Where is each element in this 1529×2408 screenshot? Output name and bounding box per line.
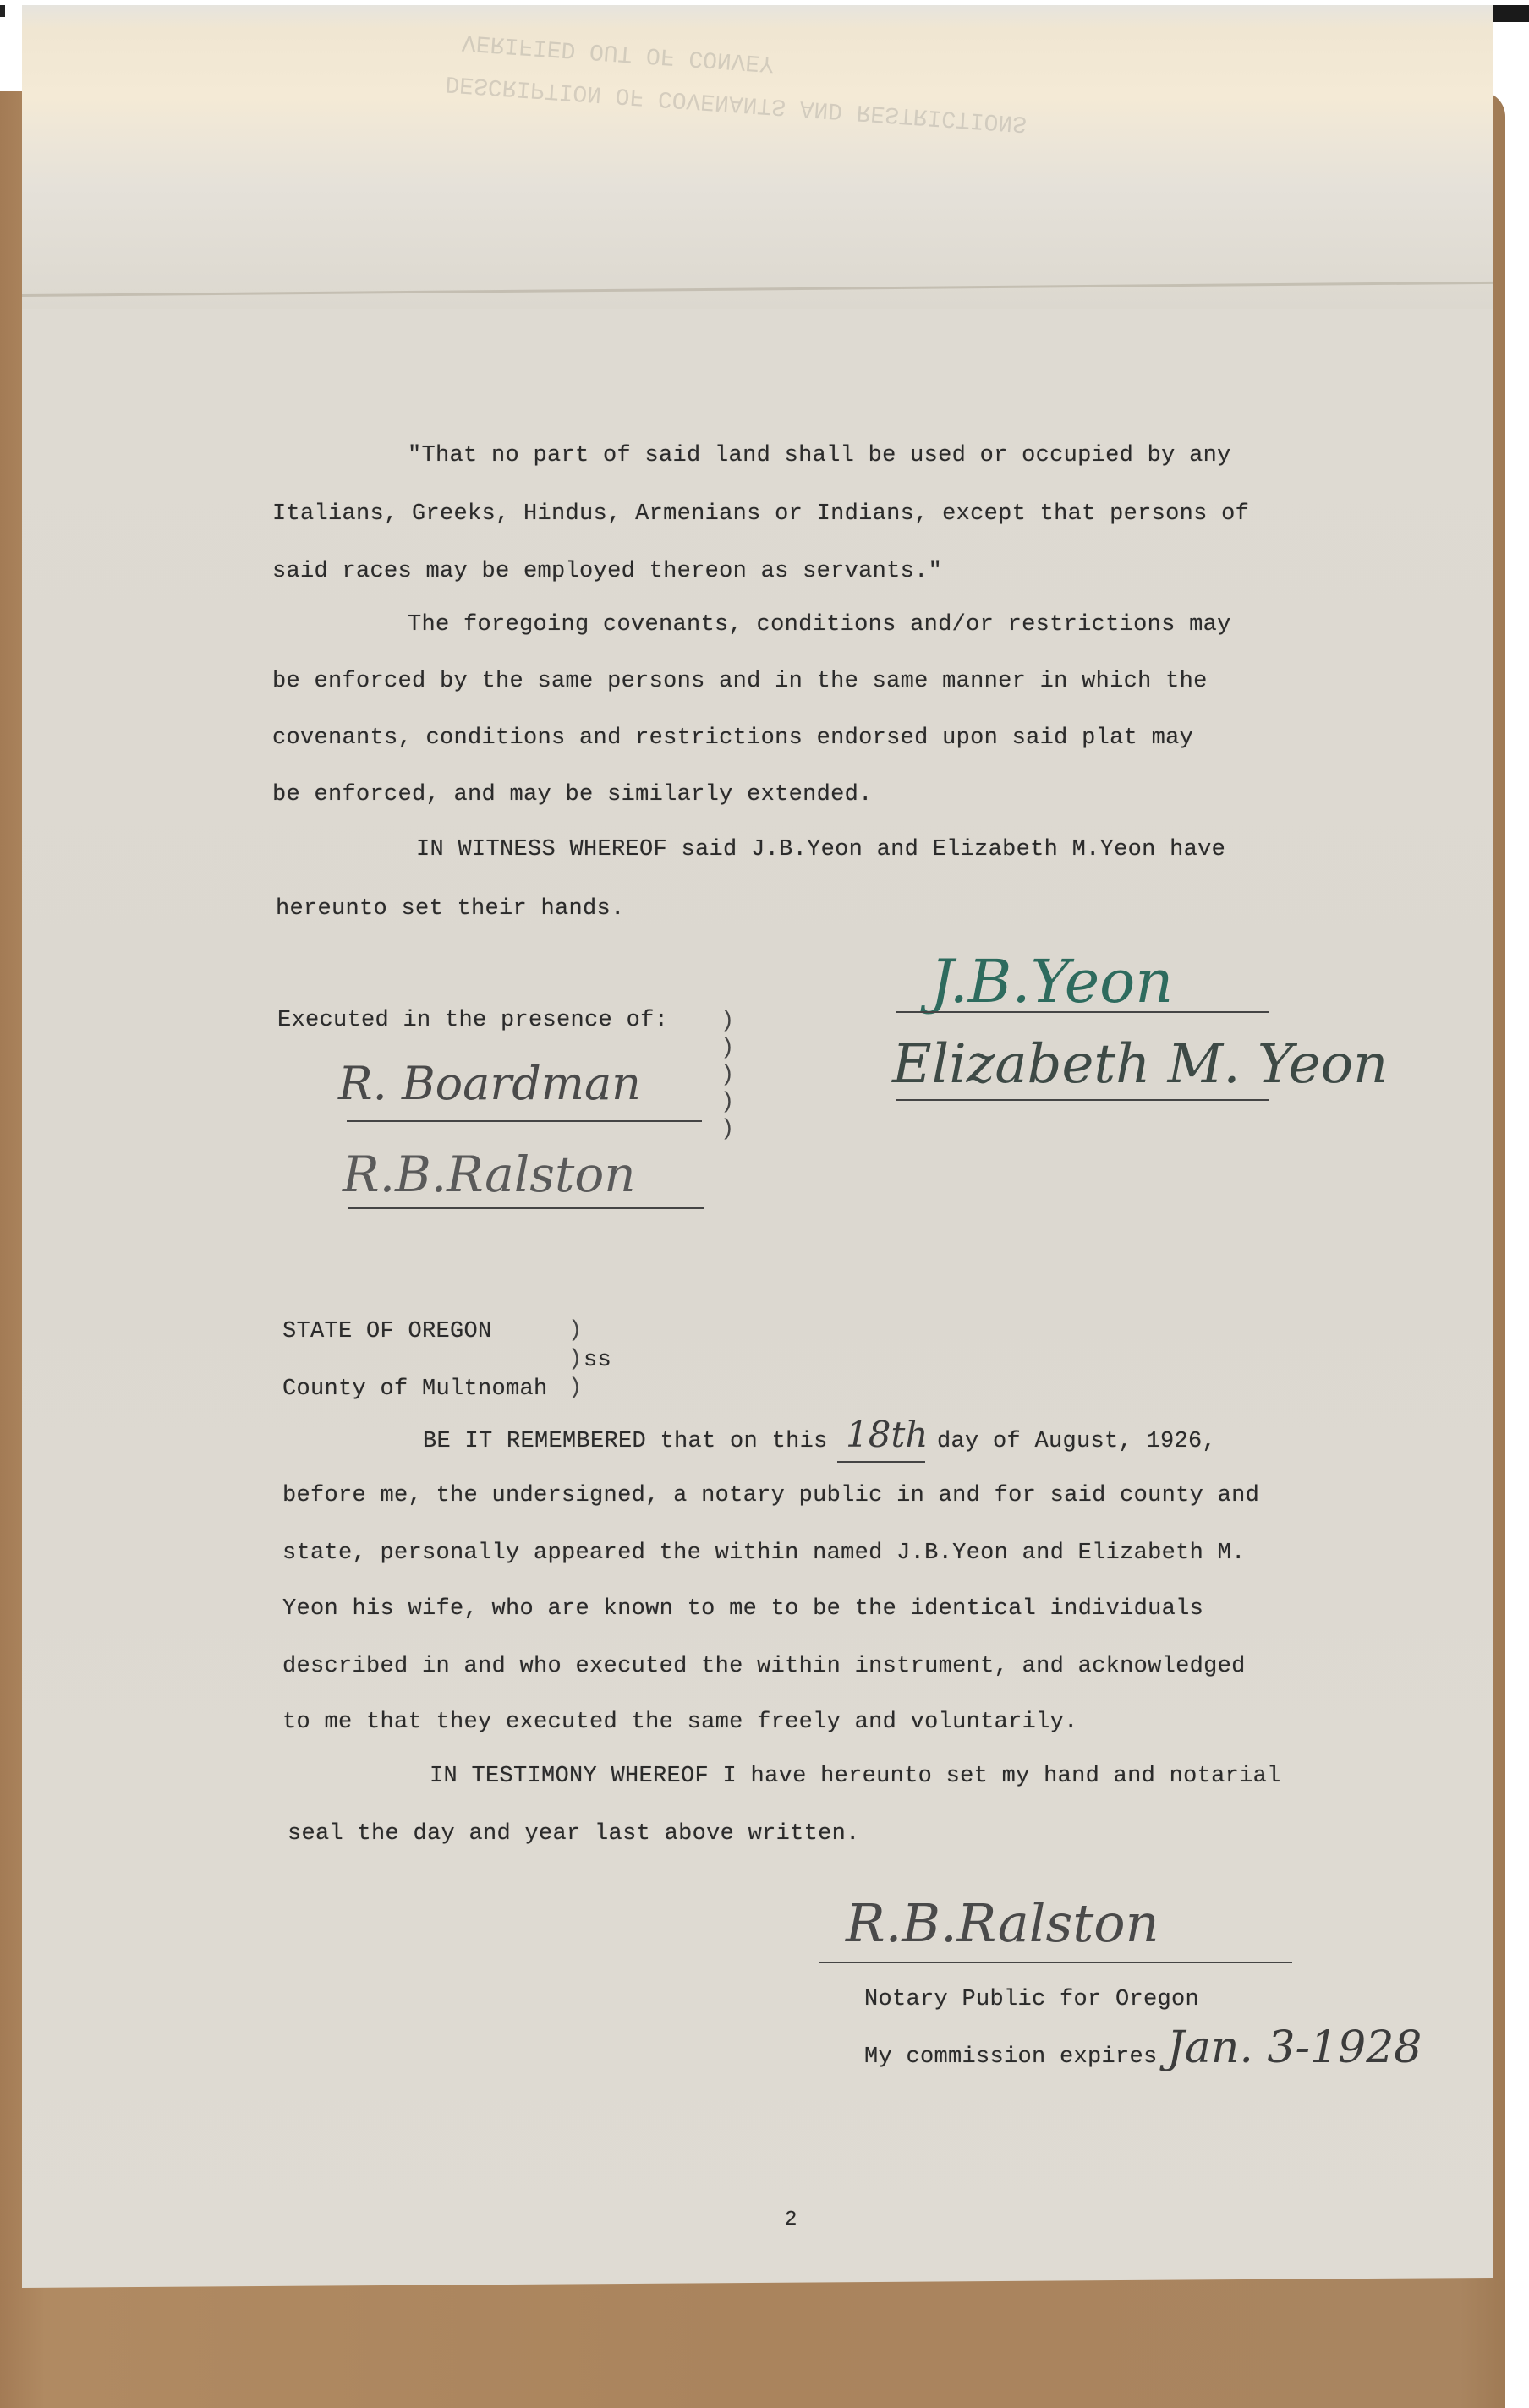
witness-clause-line: IN WITNESS WHEREOF said J.B.Yeon and Eli… xyxy=(416,837,1225,862)
signature-line xyxy=(348,1207,704,1209)
witness-clause-line: hereunto set their hands. xyxy=(276,896,625,922)
signature-line xyxy=(347,1120,702,1122)
acknowledgment-line: before me, the undersigned, a notary pub… xyxy=(282,1483,1259,1508)
witness-signature-ralston: R.B.Ralston xyxy=(343,1146,636,1203)
executed-presence-label: Executed in the presence of: xyxy=(277,1008,668,1033)
witness-signature-boardman: R. Boardman xyxy=(338,1057,641,1110)
signature-line xyxy=(896,1099,1269,1101)
venue-ss: ss xyxy=(584,1348,611,1373)
scanner-edge-left xyxy=(0,5,5,17)
venue-county: County of Multnomah xyxy=(282,1376,548,1402)
covenant-line: Italians, Greeks, Hindus, Armenians or I… xyxy=(272,501,1249,527)
testimony-line: IN TESTIMONY WHEREOF I have hereunto set… xyxy=(430,1764,1281,1789)
commission-label: My commission expires xyxy=(864,2044,1158,2070)
signature-line xyxy=(819,1962,1292,1963)
enforcement-line: covenants, conditions and restrictions e… xyxy=(272,725,1193,751)
acknowledgment-line: Yeon his wife, who are known to me to be… xyxy=(282,1596,1203,1622)
bracket: ) xyxy=(568,1317,582,1344)
enforcement-line: be enforced by the same persons and in t… xyxy=(272,669,1208,694)
enforcement-line: be enforced, and may be similarly extend… xyxy=(272,782,873,807)
acknowledgment-line: described in and who executed the within… xyxy=(282,1654,1246,1679)
handwritten-day: 18th xyxy=(846,1414,928,1455)
day-blank-line xyxy=(837,1461,925,1463)
covenant-line: "That no part of said land shall be used… xyxy=(408,443,1231,468)
testimony-line: seal the day and year last above written… xyxy=(288,1821,860,1847)
document-page: VERIFIED OUT OF CONVEY DESCRIPTION OF CO… xyxy=(22,5,1493,2288)
grantor-signature-elizabeth-yeon: Elizabeth M. Yeon xyxy=(892,1033,1388,1096)
acknowledgment-prefix: BE IT REMEMBERED that on this xyxy=(423,1429,828,1454)
acknowledgment-line: state, personally appeared the within na… xyxy=(282,1541,1246,1566)
notary-signature: R.B.Ralston xyxy=(846,1892,1159,1954)
commission-expiry-date: Jan. 3-1928 xyxy=(1167,2022,1422,2073)
signature-line xyxy=(896,1011,1269,1013)
bracket: ) xyxy=(568,1375,582,1402)
acknowledgment-line: to me that they executed the same freely… xyxy=(282,1710,1078,1735)
page-number: 2 xyxy=(785,2208,797,2231)
bracket: ) ) ) ) ) xyxy=(721,1008,734,1143)
venue-state: STATE OF OREGON xyxy=(282,1319,492,1344)
acknowledgment-suffix: day of August, 1926, xyxy=(937,1429,1216,1454)
enforcement-line: The foregoing covenants, conditions and/… xyxy=(408,612,1231,638)
notary-title: Notary Public for Oregon xyxy=(864,1987,1199,2012)
bracket: ) xyxy=(568,1346,582,1373)
grantor-signature-jb-yeon: J.B.Yeon xyxy=(930,947,1173,1016)
covenant-line: said races may be employed thereon as se… xyxy=(272,559,942,584)
